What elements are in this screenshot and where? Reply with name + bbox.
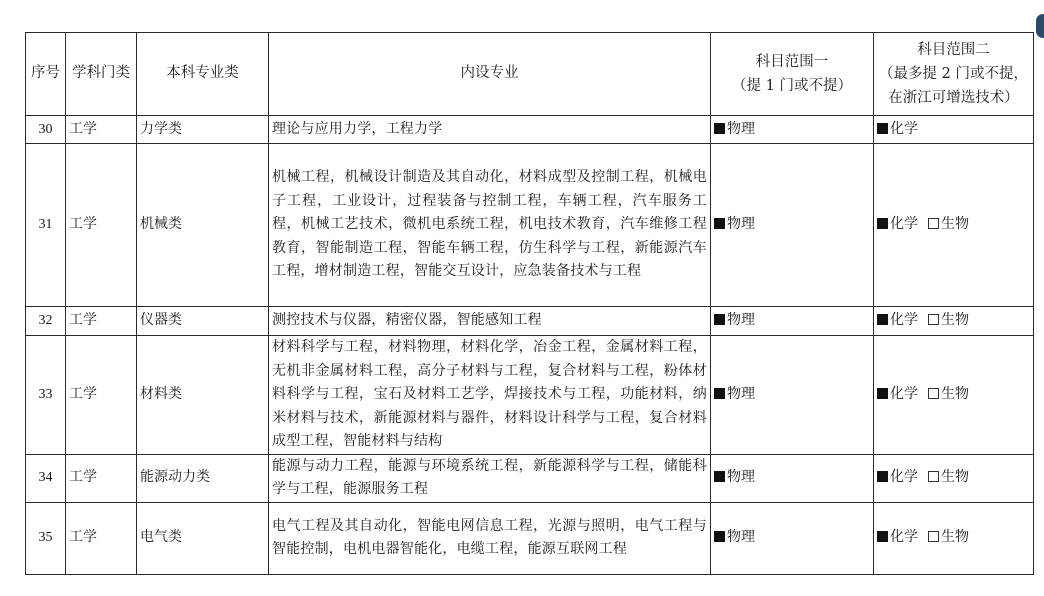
subject-option: 化学 <box>877 121 918 137</box>
table-row: 35工学电气类电气工程及其自动化，智能电网信息工程，光源与照明，电气工程与智能控… <box>26 502 1034 574</box>
checked-box-icon <box>877 531 888 542</box>
checked-box-icon <box>877 123 888 134</box>
row-discipline: 工学 <box>66 454 137 502</box>
checked-box-icon <box>877 314 888 325</box>
row-discipline: 工学 <box>66 336 137 455</box>
header-row: 序号 学科门类 本科专业类 内设专业 科目范围一 （提 1 门或不提） 科目范围… <box>26 33 1034 116</box>
row-index: 33 <box>26 336 66 455</box>
page-edge-marker <box>1036 14 1044 38</box>
header-discipline: 学科门类 <box>66 33 137 116</box>
unchecked-box-icon <box>928 471 939 482</box>
table-row: 31工学机械类机械工程，机械设计制造及其自动化，材料成型及控制工程，机械电子工程… <box>26 144 1034 307</box>
checked-box-icon <box>877 218 888 229</box>
row-index: 30 <box>26 116 66 144</box>
row-majors: 电气工程及其自动化，智能电网信息工程，光源与照明，电气工程与智能控制，电机电器智… <box>269 502 711 574</box>
table-row: 30工学力学类理论与应用力学，工程力学物理化学 <box>26 116 1034 144</box>
row-range1: 物理 <box>711 144 874 307</box>
subject-option: 物理 <box>714 312 755 328</box>
subject-label: 物理 <box>727 386 755 402</box>
row-category: 材料类 <box>137 336 269 455</box>
header-range2: 科目范围二 （最多提 2 门或不提， 在浙江可增选技术） <box>874 33 1034 116</box>
row-range2: 化学 <box>874 116 1034 144</box>
row-range1: 物理 <box>711 454 874 502</box>
checked-box-icon <box>714 218 725 229</box>
subject-label: 化学 <box>890 386 918 402</box>
header-range2-note2: 在浙江可增选技术） <box>877 86 1030 110</box>
row-range2: 化学生物 <box>874 502 1034 574</box>
subject-label: 生物 <box>941 386 969 402</box>
row-discipline: 工学 <box>66 307 137 336</box>
row-range2: 化学生物 <box>874 454 1034 502</box>
subject-label: 化学 <box>890 216 918 232</box>
row-category: 能源动力类 <box>137 454 269 502</box>
checked-box-icon <box>877 471 888 482</box>
row-category: 力学类 <box>137 116 269 144</box>
row-category: 电气类 <box>137 502 269 574</box>
unchecked-box-icon <box>928 218 939 229</box>
subject-option: 生物 <box>928 216 969 232</box>
row-range1: 物理 <box>711 502 874 574</box>
subject-option: 生物 <box>928 469 969 485</box>
subject-label: 化学 <box>890 529 918 545</box>
header-index: 序号 <box>26 33 66 116</box>
header-category: 本科专业类 <box>137 33 269 116</box>
header-range1-note: （提 1 门或不提） <box>714 74 870 98</box>
subject-option: 生物 <box>928 312 969 328</box>
subject-label: 物理 <box>727 216 755 232</box>
row-range1: 物理 <box>711 336 874 455</box>
checked-box-icon <box>714 471 725 482</box>
row-index: 32 <box>26 307 66 336</box>
header-range2-title: 科目范围二 <box>877 38 1030 62</box>
header-range1-title: 科目范围一 <box>714 50 870 74</box>
subject-option: 化学 <box>877 469 918 485</box>
subject-option: 物理 <box>714 529 755 545</box>
subject-option: 生物 <box>928 386 969 402</box>
row-category: 机械类 <box>137 144 269 307</box>
row-discipline: 工学 <box>66 116 137 144</box>
subject-label: 生物 <box>941 216 969 232</box>
row-index: 34 <box>26 454 66 502</box>
row-majors: 能源与动力工程，能源与环境系统工程，新能源科学与工程，储能科学与工程，能源服务工… <box>269 454 711 502</box>
row-majors: 理论与应用力学，工程力学 <box>269 116 711 144</box>
subject-option: 化学 <box>877 216 918 232</box>
row-majors: 机械工程，机械设计制造及其自动化，材料成型及控制工程，机械电子工程，工业设计，过… <box>269 144 711 307</box>
subject-option: 物理 <box>714 386 755 402</box>
unchecked-box-icon <box>928 314 939 325</box>
unchecked-box-icon <box>928 388 939 399</box>
row-range2: 化学生物 <box>874 307 1034 336</box>
row-majors: 测控技术与仪器，精密仪器，智能感知工程 <box>269 307 711 336</box>
row-discipline: 工学 <box>66 502 137 574</box>
subject-label: 物理 <box>727 121 755 137</box>
row-range2: 化学生物 <box>874 336 1034 455</box>
checked-box-icon <box>714 388 725 399</box>
subject-label: 物理 <box>727 469 755 485</box>
checked-box-icon <box>714 123 725 134</box>
table-row: 33工学材料类材料科学与工程，材料物理，材料化学，冶金工程，金属材料工程，无机非… <box>26 336 1034 455</box>
subject-label: 化学 <box>890 121 918 137</box>
row-range1: 物理 <box>711 116 874 144</box>
subject-label: 生物 <box>941 312 969 328</box>
row-index: 35 <box>26 502 66 574</box>
subject-label: 化学 <box>890 312 918 328</box>
row-range2: 化学生物 <box>874 144 1034 307</box>
subject-option: 化学 <box>877 529 918 545</box>
row-discipline: 工学 <box>66 144 137 307</box>
subject-option: 物理 <box>714 216 755 232</box>
checked-box-icon <box>714 314 725 325</box>
subject-option: 化学 <box>877 386 918 402</box>
subject-option: 物理 <box>714 469 755 485</box>
subject-label: 生物 <box>941 469 969 485</box>
table-row: 34工学能源动力类能源与动力工程，能源与环境系统工程，新能源科学与工程，储能科学… <box>26 454 1034 502</box>
subject-option: 物理 <box>714 121 755 137</box>
subject-option: 生物 <box>928 529 969 545</box>
unchecked-box-icon <box>928 531 939 542</box>
checked-box-icon <box>877 388 888 399</box>
row-range1: 物理 <box>711 307 874 336</box>
subject-option: 化学 <box>877 312 918 328</box>
row-majors: 材料科学与工程，材料物理，材料化学，冶金工程，金属材料工程，无机非金属材料工程，… <box>269 336 711 455</box>
row-index: 31 <box>26 144 66 307</box>
subject-label: 物理 <box>727 529 755 545</box>
subject-label: 生物 <box>941 529 969 545</box>
subject-requirements-table: 序号 学科门类 本科专业类 内设专业 科目范围一 （提 1 门或不提） 科目范围… <box>25 32 1034 575</box>
header-range1: 科目范围一 （提 1 门或不提） <box>711 33 874 116</box>
subject-label: 化学 <box>890 469 918 485</box>
subject-label: 物理 <box>727 312 755 328</box>
header-range2-note1: （最多提 2 门或不提， <box>877 62 1030 86</box>
checked-box-icon <box>714 531 725 542</box>
table-row: 32工学仪器类测控技术与仪器，精密仪器，智能感知工程物理化学生物 <box>26 307 1034 336</box>
header-majors: 内设专业 <box>269 33 711 116</box>
row-category: 仪器类 <box>137 307 269 336</box>
